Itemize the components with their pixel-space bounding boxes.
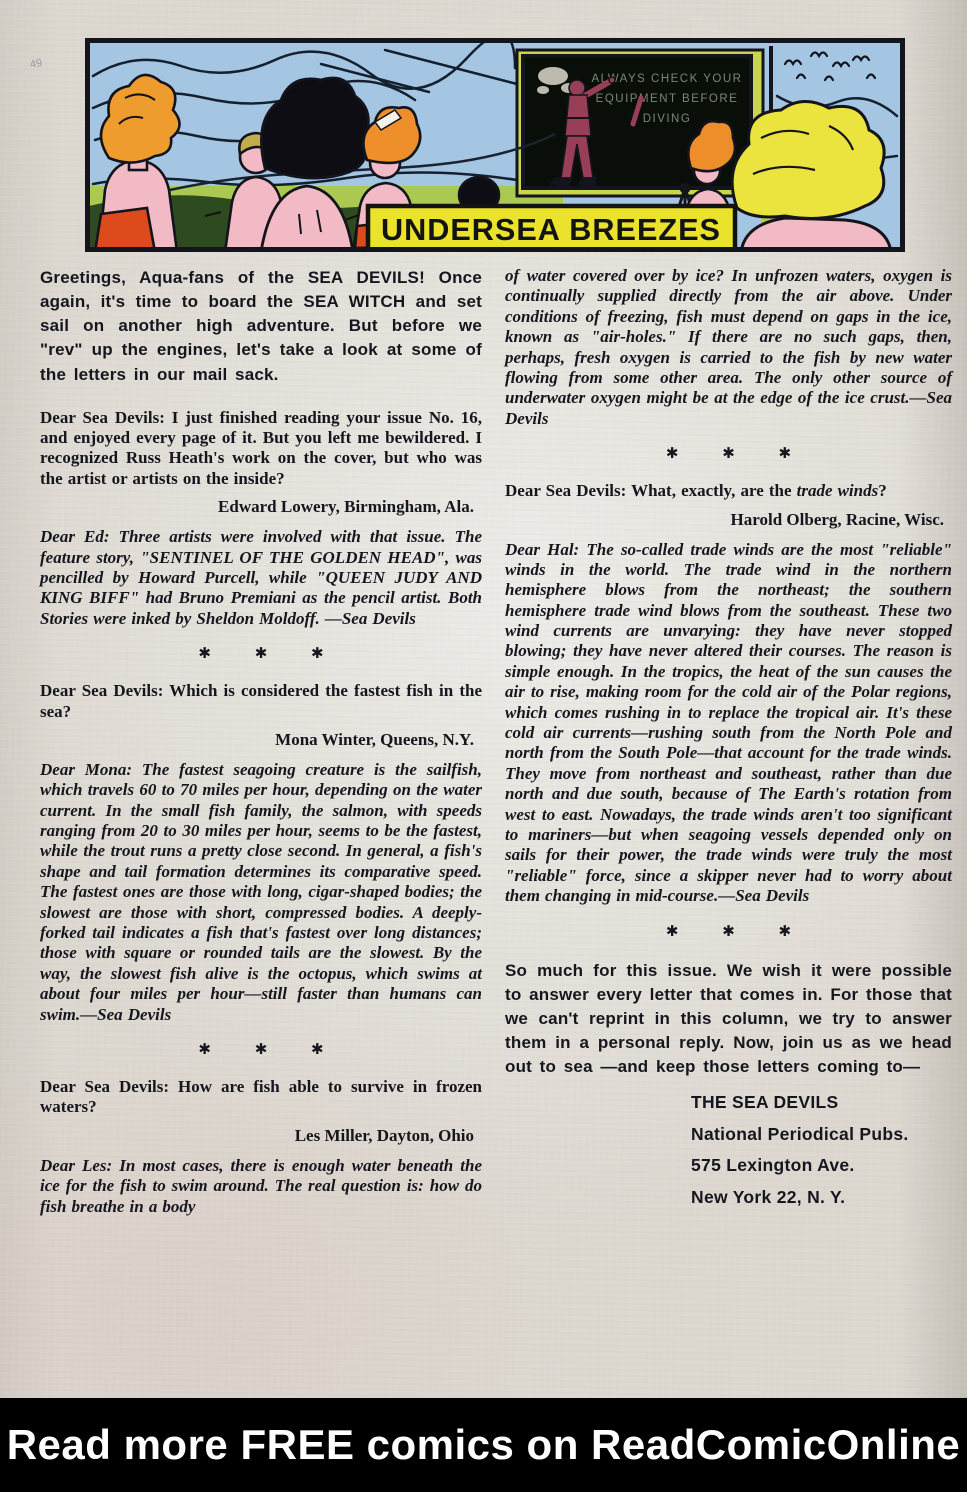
letter-text: Dear Sea Devils: What, exactly, are the bbox=[505, 481, 797, 500]
reply-paragraph-continued: of water covered over by ice? In unfroze… bbox=[505, 266, 952, 429]
outro-paragraph: So much for this issue. We wish it were … bbox=[505, 959, 952, 1080]
reply-paragraph: Dear Mona: The fastest seagoing creature… bbox=[40, 760, 482, 1025]
reply-paragraph: Dear Ed: Three artists were involved wit… bbox=[40, 527, 482, 629]
header-art: ALWAYS CHECK YOUR EQUIPMENT BEFORE DIVIN… bbox=[85, 38, 905, 252]
letter-text: ? bbox=[878, 481, 887, 500]
right-column: of water covered over by ice? In unfroze… bbox=[505, 266, 952, 1213]
letter-signature: Harold Olberg, Racine, Wisc. bbox=[505, 510, 944, 530]
letter-signature: Mona Winter, Queens, N.Y. bbox=[40, 730, 474, 750]
letter-paragraph: Dear Sea Devils: Which is considered the… bbox=[40, 681, 482, 722]
letter-signature: Edward Lowery, Birmingham, Ala. bbox=[40, 497, 474, 517]
address-line: National Periodical Pubs. bbox=[691, 1119, 952, 1151]
asterisk-separator: ✱ ✱ ✱ bbox=[505, 444, 952, 462]
title-banner-text: UNDERSEA BREEZES bbox=[381, 212, 721, 247]
comic-page-scan: 49 bbox=[0, 0, 967, 1492]
asterisk-separator: ✱ ✱ ✱ bbox=[505, 922, 952, 940]
title-banner: UNDERSEA BREEZES bbox=[368, 206, 735, 250]
intro-paragraph: Greetings, Aqua-fans of the SEA DEVILS! … bbox=[40, 266, 482, 387]
left-column: Greetings, Aqua-fans of the SEA DEVILS! … bbox=[40, 266, 482, 1227]
letter-text-italic: trade winds bbox=[797, 481, 879, 500]
address-line: THE SEA DEVILS bbox=[691, 1087, 952, 1119]
chalkboard-text-line: EQUIPMENT BEFORE bbox=[596, 93, 739, 105]
reply-paragraph: Dear Hal: The so-called trade winds are … bbox=[505, 540, 952, 907]
pencil-corner-mark: 49 bbox=[29, 57, 43, 71]
address-line: 575 Lexington Ave. bbox=[691, 1150, 952, 1182]
footer-banner: Read more FREE comics on ReadComicOnline bbox=[0, 1398, 967, 1492]
address-line: New York 22, N. Y. bbox=[691, 1182, 952, 1214]
asterisk-separator: ✱ ✱ ✱ bbox=[40, 644, 482, 662]
chalkboard-text-line: DIVING bbox=[643, 113, 692, 125]
header-panel: ALWAYS CHECK YOUR EQUIPMENT BEFORE DIVIN… bbox=[85, 38, 905, 252]
letter-paragraph: Dear Sea Devils: How are fish able to su… bbox=[40, 1077, 482, 1118]
letter-paragraph: Dear Sea Devils: What, exactly, are the … bbox=[505, 481, 952, 501]
letter-paragraph: Dear Sea Devils: I just finished reading… bbox=[40, 408, 482, 490]
footer-text: Read more FREE comics on ReadComicOnline bbox=[7, 1421, 961, 1469]
asterisk-separator: ✱ ✱ ✱ bbox=[40, 1040, 482, 1058]
reply-paragraph: Dear Les: In most cases, there is enough… bbox=[40, 1156, 482, 1217]
address-block: THE SEA DEVILS National Periodical Pubs.… bbox=[691, 1087, 952, 1213]
letter-signature: Les Miller, Dayton, Ohio bbox=[40, 1126, 474, 1146]
swimmer-blonde-right bbox=[732, 101, 891, 252]
